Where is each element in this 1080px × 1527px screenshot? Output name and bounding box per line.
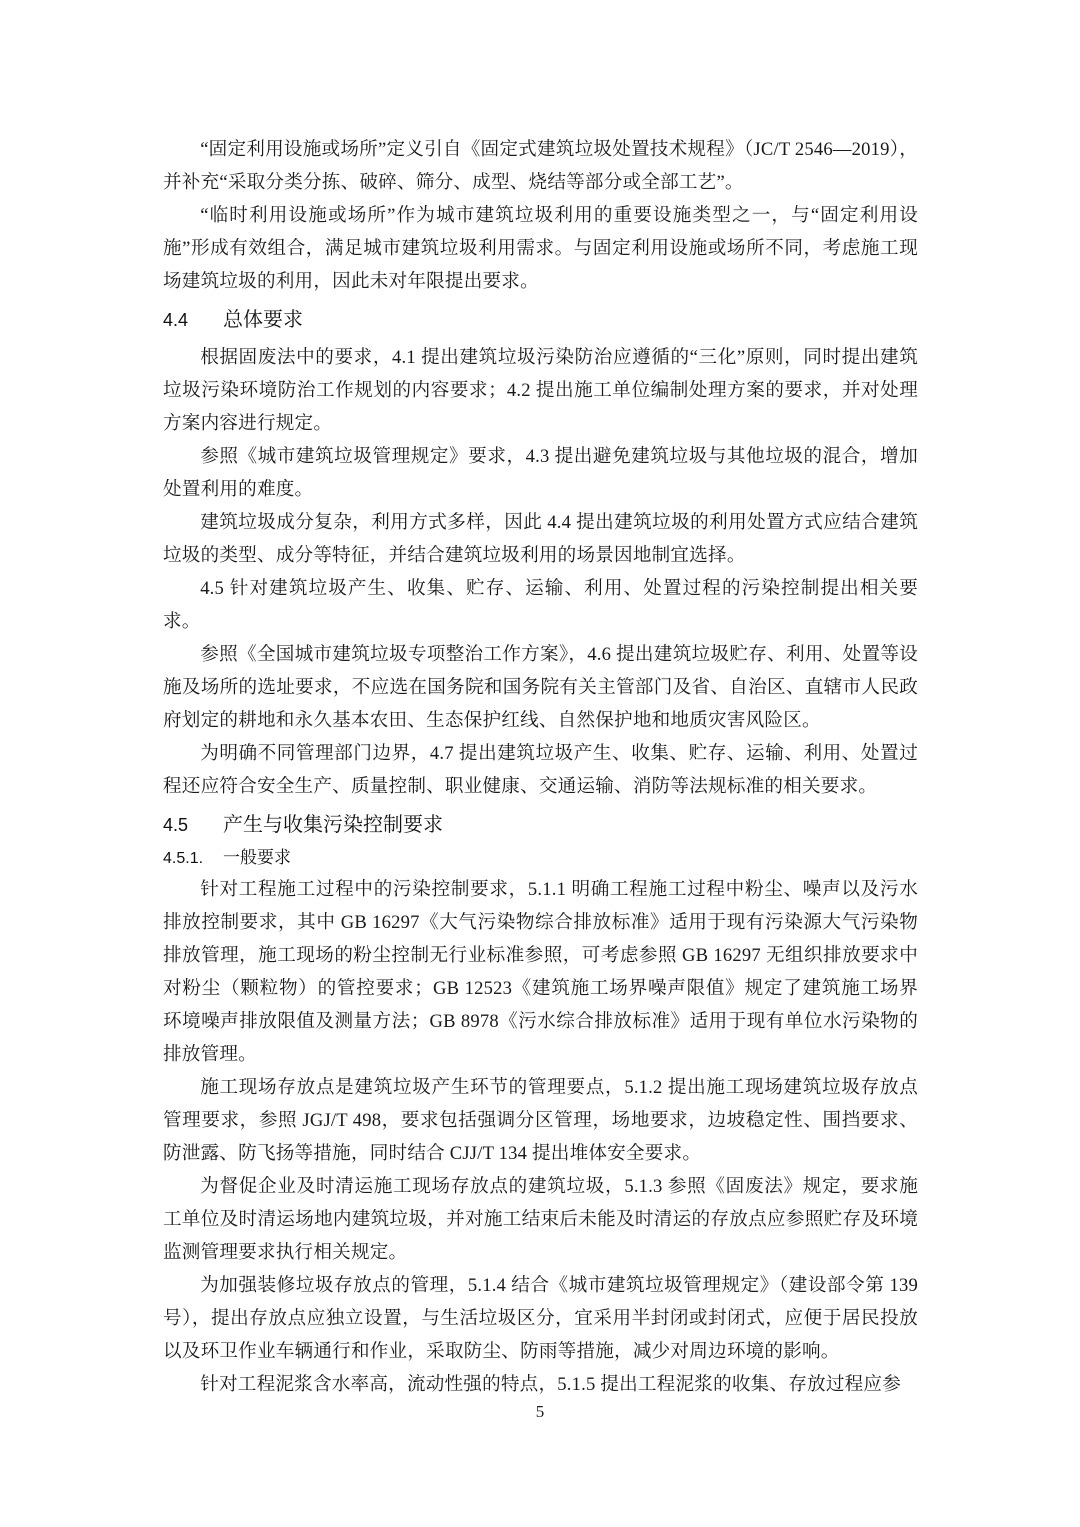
paragraph: 针对工程施工过程中的污染控制要求，5.1.1 明确工程施工过程中粉尘、噪声以及污…	[163, 873, 918, 1071]
paragraph: 参照《城市建筑垃圾管理规定》要求，4.3 提出避免建筑垃圾与其他垃圾的混合，增加…	[163, 440, 918, 506]
paragraph: 为督促企业及时清运施工现场存放点的建筑垃圾，5.1.3 参照《固废法》规定，要求…	[163, 1170, 918, 1269]
subsection-title: 一般要求	[223, 846, 291, 870]
section-number: 4.4	[163, 308, 223, 332]
paragraph: “固定利用设施或场所”定义引自《固定式建筑垃圾处置技术规程》（JC/T 2546…	[163, 133, 918, 199]
paragraph: 建筑垃圾成分复杂，利用方式多样，因此 4.4 提出建筑垃圾的利用处置方式应结合建…	[163, 506, 918, 572]
section-heading-4-5: 4.5 产生与收集污染控制要求	[163, 812, 918, 837]
section-title: 产生与收集污染控制要求	[223, 812, 443, 836]
paragraph: 为明确不同管理部门边界，4.7 提出建筑垃圾产生、收集、贮存、运输、利用、处置过…	[163, 737, 918, 803]
page-number: 5	[0, 1402, 1080, 1422]
section-title: 总体要求	[223, 307, 303, 331]
subsection-number: 4.5.1.	[163, 847, 223, 871]
document-page: “固定利用设施或场所”定义引自《固定式建筑垃圾处置技术规程》（JC/T 2546…	[163, 133, 918, 1401]
section-heading-4-4: 4.4 总体要求	[163, 307, 918, 332]
paragraph: 根据固废法中的要求，4.1 提出建筑垃圾污染防治应遵循的“三化”原则，同时提出建…	[163, 341, 918, 440]
paragraph: 施工现场存放点是建筑垃圾产生环节的管理要点，5.1.2 提出施工现场建筑垃圾存放…	[163, 1071, 918, 1170]
paragraph: 针对工程泥浆含水率高，流动性强的特点，5.1.5 提出工程泥浆的收集、存放过程应…	[163, 1368, 918, 1401]
section-number: 4.5	[163, 813, 223, 837]
paragraph: 4.5 针对建筑垃圾产生、收集、贮存、运输、利用、处置过程的污染控制提出相关要求…	[163, 572, 918, 638]
paragraph: 为加强装修垃圾存放点的管理，5.1.4 结合《城市建筑垃圾管理规定》（建设部令第…	[163, 1269, 918, 1368]
paragraph: “临时利用设施或场所”作为城市建筑垃圾利用的重要设施类型之一，与“固定利用设施”…	[163, 199, 918, 298]
paragraph: 参照《全国城市建筑垃圾专项整治工作方案》，4.6 提出建筑垃圾贮存、利用、处置等…	[163, 638, 918, 737]
subsection-heading-4-5-1: 4.5.1. 一般要求	[163, 846, 918, 871]
